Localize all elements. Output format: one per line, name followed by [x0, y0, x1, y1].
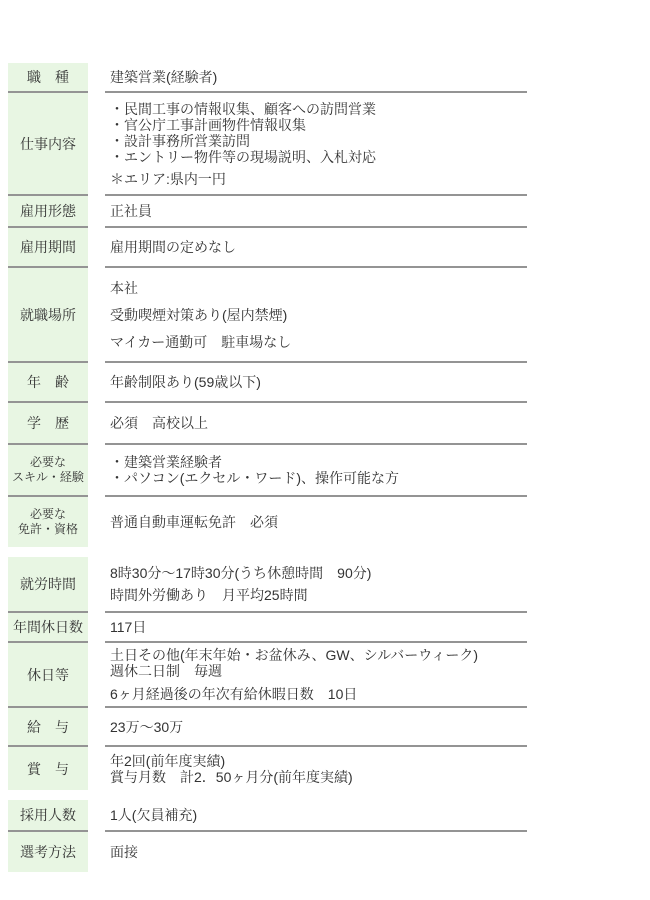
- row-content: 正社員: [105, 196, 527, 228]
- label-line: 選考方法: [20, 844, 76, 860]
- row-value: 土日その他(年末年始・お盆休み、GW、シルバーウィーク): [110, 647, 527, 663]
- row-value: 23万～30万: [110, 719, 527, 735]
- column-gap: [88, 196, 105, 228]
- row-value: マイカー通勤可 駐車場なし: [110, 334, 527, 350]
- row-value: 117日: [110, 619, 527, 635]
- label-line: 雇用期間: [20, 239, 76, 255]
- table-row-shigoto-naiyo: 仕事内容 ・民間工事の情報収集、顧客への訪問営業 ・官公庁工事計画物件情報収集 …: [8, 93, 527, 196]
- table-block-gap: [8, 790, 527, 800]
- table-row-koyo-kikan: 雇用期間 雇用期間の定めなし: [8, 228, 527, 268]
- label-line: 必要な: [30, 455, 66, 470]
- label-line: 年間休日数: [13, 619, 83, 635]
- row-label: 就労時間: [8, 557, 88, 613]
- row-label: 年間休日数: [8, 613, 88, 643]
- row-value: 1人(欠員補充): [110, 807, 527, 823]
- table-row-saiyo-ninzu: 採用人数 1人(欠員補充): [8, 800, 527, 832]
- row-content: 8時30分～17時30分(うち休憩時間 90分) 時間外労働あり 月平均25時間: [105, 557, 527, 613]
- row-content: ・建築営業経験者 ・パソコン(エクセル・ワード)、操作可能な方: [105, 445, 527, 497]
- column-gap: [88, 613, 105, 643]
- row-label: 選考方法: [8, 832, 88, 872]
- row-value: ・建築営業経験者: [110, 454, 527, 470]
- row-value: 6ヶ月経過後の年次有給休暇日数 10日: [110, 686, 527, 702]
- column-gap: [88, 708, 105, 747]
- row-content: 年2回(前年度実績) 賞与月数 計2．50ヶ月分(前年度実績): [105, 747, 527, 790]
- table-row-hitsuyou-skill: 必要な スキル・経験 ・建築営業経験者 ・パソコン(エクセル・ワード)、操作可能…: [8, 445, 527, 497]
- table-row-nenkan-kyujitsu: 年間休日数 117日: [8, 613, 527, 643]
- row-label: 休日等: [8, 643, 88, 708]
- table-row-kyujitsu-to: 休日等 土日その他(年末年始・お盆休み、GW、シルバーウィーク) 週休二日制 毎…: [8, 643, 527, 708]
- column-gap: [88, 643, 105, 708]
- column-gap: [88, 747, 105, 790]
- row-value: 普通自動車運転免許 必須: [110, 514, 527, 530]
- row-content: 建築営業(経験者): [105, 63, 527, 93]
- row-label: 就職場所: [8, 268, 88, 363]
- table-block-gap: [8, 547, 527, 557]
- row-value: 必須 高校以上: [110, 415, 527, 431]
- row-label: 必要な スキル・経験: [8, 445, 88, 497]
- row-value: 建築営業(経験者): [110, 69, 527, 85]
- column-gap: [88, 445, 105, 497]
- row-content: 117日: [105, 613, 527, 643]
- row-label: 賞 与: [8, 747, 88, 790]
- row-value: 週休二日制 毎週: [110, 663, 527, 679]
- column-gap: [88, 800, 105, 832]
- row-value: 雇用期間の定めなし: [110, 239, 527, 255]
- row-label: 年 齢: [8, 363, 88, 403]
- label-line: スキル・経験: [12, 470, 84, 485]
- table-row-gakureki: 学 歴 必須 高校以上: [8, 403, 527, 445]
- row-value: 8時30分～17時30分(うち休憩時間 90分): [110, 565, 527, 581]
- row-content: ・民間工事の情報収集、顧客への訪問営業 ・官公庁工事計画物件情報収集 ・設計事務…: [105, 93, 527, 196]
- label-line: 仕事内容: [20, 136, 76, 152]
- row-value: 賞与月数 計2．50ヶ月分(前年度実績): [110, 769, 527, 785]
- row-value: ・官公庁工事計画物件情報収集: [110, 117, 527, 133]
- label-line: 休日等: [27, 667, 69, 683]
- label-line: 学 歴: [27, 415, 69, 431]
- row-label: 学 歴: [8, 403, 88, 445]
- label-line: 免許・資格: [18, 522, 78, 537]
- table-row-koyo-keitai: 雇用形態 正社員: [8, 196, 527, 228]
- table-row-shuro-jikan: 就労時間 8時30分～17時30分(うち休憩時間 90分) 時間外労働あり 月平…: [8, 557, 527, 613]
- column-gap: [88, 557, 105, 613]
- row-label: 仕事内容: [8, 93, 88, 196]
- row-value: ・民間工事の情報収集、顧客への訪問営業: [110, 101, 527, 117]
- column-gap: [88, 363, 105, 403]
- table-row-kyuyo: 給 与 23万～30万: [8, 708, 527, 747]
- column-gap: [88, 832, 105, 872]
- table-row-shushoku-basho: 就職場所 本社 受動喫煙対策あり(屋内禁煙) マイカー通勤可 駐車場なし: [8, 268, 527, 363]
- column-gap: [88, 268, 105, 363]
- row-content: 普通自動車運転免許 必須: [105, 497, 527, 547]
- row-content: 23万～30万: [105, 708, 527, 747]
- table-row-shoyo: 賞 与 年2回(前年度実績) 賞与月数 計2．50ヶ月分(前年度実績): [8, 747, 527, 790]
- column-gap: [88, 403, 105, 445]
- label-line: 就職場所: [20, 307, 76, 323]
- column-gap: [88, 497, 105, 547]
- table-row-nenrei: 年 齢 年齢制限あり(59歳以下): [8, 363, 527, 403]
- row-label: 雇用形態: [8, 196, 88, 228]
- row-content: 本社 受動喫煙対策あり(屋内禁煙) マイカー通勤可 駐車場なし: [105, 268, 527, 363]
- column-gap: [88, 228, 105, 268]
- column-gap: [88, 63, 105, 93]
- row-value: 時間外労働あり 月平均25時間: [110, 587, 527, 603]
- row-label: 採用人数: [8, 800, 88, 832]
- table-row-senko-hoho: 選考方法 面接: [8, 832, 527, 872]
- row-content: 雇用期間の定めなし: [105, 228, 527, 268]
- row-content: 面接: [105, 832, 527, 872]
- row-value: 正社員: [110, 203, 527, 219]
- row-content: 必須 高校以上: [105, 403, 527, 445]
- label-line: 年 齢: [27, 374, 69, 390]
- row-content: 年齢制限あり(59歳以下): [105, 363, 527, 403]
- label-line: 必要な: [30, 507, 66, 522]
- row-label: 必要な 免許・資格: [8, 497, 88, 547]
- row-label: 給 与: [8, 708, 88, 747]
- row-label: 職 種: [8, 63, 88, 93]
- row-value: 年2回(前年度実績): [110, 753, 527, 769]
- row-value: 年齢制限あり(59歳以下): [110, 374, 527, 390]
- row-label: 雇用期間: [8, 228, 88, 268]
- label-line: 給 与: [27, 719, 69, 735]
- label-line: 雇用形態: [20, 203, 76, 219]
- row-value: ・パソコン(エクセル・ワード)、操作可能な方: [110, 470, 527, 486]
- label-line: 就労時間: [20, 576, 76, 592]
- label-line: 職 種: [27, 69, 69, 85]
- column-gap: [88, 93, 105, 196]
- row-value: 本社: [110, 280, 527, 296]
- row-value: ・エントリー物件等の現場説明、入札対応: [110, 149, 527, 165]
- row-content: 土日その他(年末年始・お盆休み、GW、シルバーウィーク) 週休二日制 毎週 6ヶ…: [105, 643, 527, 708]
- table-row-shokushu: 職 種 建築営業(経験者): [8, 63, 527, 93]
- row-value: 受動喫煙対策あり(屋内禁煙): [110, 307, 527, 323]
- row-value: ・設計事務所営業訪問: [110, 133, 527, 149]
- job-details-table: 職 種 建築営業(経験者) 仕事内容 ・民間工事の情報収集、顧客への訪問営業 ・…: [8, 63, 527, 872]
- row-value: ＊エリア:県内一円: [110, 171, 527, 187]
- label-line: 採用人数: [20, 807, 76, 823]
- row-value: 面接: [110, 844, 527, 860]
- label-line: 賞 与: [27, 761, 69, 777]
- row-content: 1人(欠員補充): [105, 800, 527, 832]
- table-row-hitsuyou-menkyo: 必要な 免許・資格 普通自動車運転免許 必須: [8, 497, 527, 547]
